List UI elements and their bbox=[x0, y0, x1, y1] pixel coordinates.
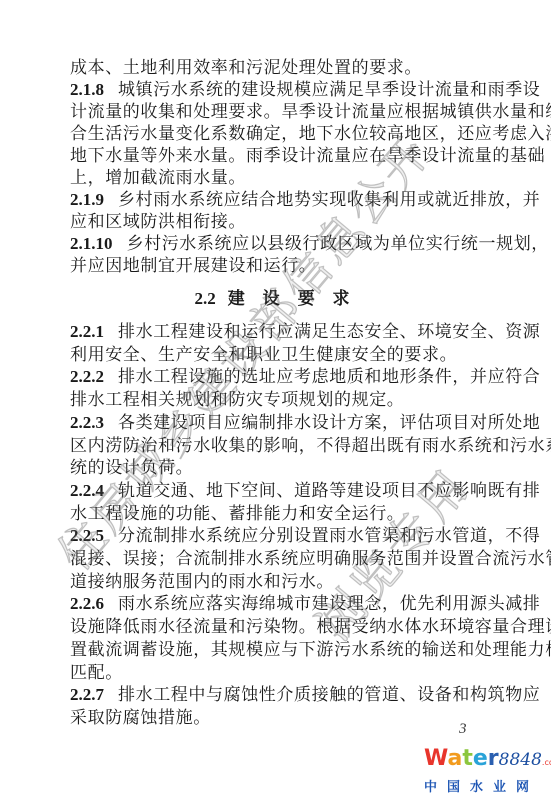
text-line: 合生活污水量变化系数确定，地下水位较高地区，还应考虑入渗 bbox=[70, 123, 480, 145]
clause-2-1-8: 2.1.8城镇污水系统的建设规模应满足旱季设计流量和雨季设 bbox=[70, 79, 480, 101]
section-number: 2.2 bbox=[194, 289, 215, 308]
line-text: 成本、土地利用效率和污泥处理处置的要求。 bbox=[70, 58, 422, 78]
line-text: 合生活污水量变化系数确定，地下水位较高地区，还应考虑入渗 bbox=[70, 124, 551, 144]
text-line: 应和区域防洪相衔接。 bbox=[70, 211, 480, 233]
text-line: 统的设计负荷。 bbox=[70, 457, 480, 479]
text-line: 道接纳服务范围内的雨水和污水。 bbox=[70, 571, 480, 593]
logo-domain: .com bbox=[542, 758, 551, 767]
line-text: 乡村雨水系统应结合地势实现收集利用或就近排放，并 bbox=[118, 190, 540, 210]
line-text: 并应因地制宜开展建设和运行。 bbox=[70, 256, 316, 276]
clause-number: 2.1.10 bbox=[70, 234, 113, 253]
clause-number: 2.2.2 bbox=[70, 367, 104, 386]
clause-2-2-7: 2.2.7排水工程中与腐蚀性介质接触的管道、设备和构筑物应 bbox=[70, 684, 480, 706]
line-text: 雨水系统应落实海绵城市建设理念，优先利用源头减排 bbox=[118, 594, 540, 614]
text-line: 置截流调蓄设施，其规模应与下游污水系统的输送和处理能力相 bbox=[70, 639, 480, 661]
line-text: 乡村污水系统应以县级行政区域为单位实行统一规划， bbox=[127, 234, 549, 254]
text-line: 混接、误接；合流制排水系统应明确服务范围并设置合流污水管 bbox=[70, 548, 480, 570]
clause-number: 2.2.3 bbox=[70, 413, 104, 432]
text-line: 并应因地制宜开展建设和运行。 bbox=[70, 255, 480, 277]
clause-number: 2.2.7 bbox=[70, 685, 104, 704]
logo-letter: t bbox=[462, 746, 473, 771]
text-line: 排水工程相关规划和防灾专项规划的规定。 bbox=[70, 389, 480, 411]
text-line: 设施降低雨水径流量和污染物。根据受纳水体水环境容量合理设 bbox=[70, 616, 480, 638]
document-page: 成本、土地利用效率和污泥处理处置的要求。 2.1.8城镇污水系统的建设规模应满足… bbox=[0, 0, 551, 798]
line-text: 地下水量等外来水量。雨季设计流量应在旱季设计流量的基础 bbox=[70, 146, 545, 166]
clause-number: 2.1.9 bbox=[70, 190, 104, 209]
line-text: 混接、误接；合流制排水系统应明确服务范围并设置合流污水管 bbox=[70, 549, 551, 569]
line-text: 采取防腐蚀措施。 bbox=[70, 708, 211, 728]
line-text: 道接纳服务范围内的雨水和污水。 bbox=[70, 572, 334, 592]
logo-digits: 8848 bbox=[499, 750, 542, 770]
text-line: 计流量的收集和处理要求。旱季设计流量应根据城镇供水量和综 bbox=[70, 101, 480, 123]
text-line: 上，增加截流雨水量。 bbox=[70, 167, 480, 189]
logo-wordmark: Water8848.com bbox=[424, 748, 544, 774]
logo-letter: e bbox=[473, 746, 488, 771]
clause-number: 2.1.8 bbox=[70, 80, 104, 99]
line-text: 计流量的收集和处理要求。旱季设计流量应根据城镇供水量和综 bbox=[70, 102, 551, 122]
logo-letter: a bbox=[447, 746, 462, 771]
line-text: 统的设计负荷。 bbox=[70, 458, 193, 478]
water8848-logo: Water8848.com 中国水业网 bbox=[424, 748, 544, 795]
clause-number: 2.2.5 bbox=[70, 526, 104, 545]
text-line: 利用安全、生产安全和职业卫生健康安全的要求。 bbox=[70, 344, 480, 366]
clause-number: 2.2.4 bbox=[70, 481, 104, 500]
clause-number: 2.2.1 bbox=[70, 322, 104, 341]
clause-number: 2.2.6 bbox=[70, 594, 104, 613]
logo-letter: W bbox=[424, 746, 447, 771]
clause-2-2-3: 2.2.3各类建设项目应编制排水设计方案，评估项目对所处地 bbox=[70, 412, 480, 434]
clause-2-2-6: 2.2.6雨水系统应落实海绵城市建设理念，优先利用源头减排 bbox=[70, 593, 480, 615]
text-line: 水工程设施的功能、蓄排能力和安全运行。 bbox=[70, 503, 480, 525]
line-text: 上，增加截流雨水量。 bbox=[70, 168, 246, 188]
clause-2-2-1: 2.2.1排水工程建设和运行应满足生态安全、环境安全、资源 bbox=[70, 321, 480, 343]
line-text: 分流制排水系统应分别设置雨水管渠和污水管道，不得 bbox=[118, 526, 540, 546]
logo-subtitle: 中国水业网 bbox=[424, 776, 544, 795]
line-text: 城镇污水系统的建设规模应满足旱季设计流量和雨季设 bbox=[118, 80, 540, 100]
line-text: 置截流调蓄设施，其规模应与下游污水系统的输送和处理能力相 bbox=[70, 640, 551, 660]
clause-2-1-9: 2.1.9乡村雨水系统应结合地势实现收集利用或就近排放，并 bbox=[70, 189, 480, 211]
text-line: 成本、土地利用效率和污泥处理处置的要求。 bbox=[70, 57, 480, 79]
line-text: 排水工程中与腐蚀性介质接触的管道、设备和构筑物应 bbox=[118, 685, 540, 705]
section-title: 建 设 要 求 bbox=[228, 289, 356, 309]
line-text: 区内涝防治和污水收集的影响，不得超出既有雨水系统和污水系 bbox=[70, 436, 551, 456]
line-text: 应和区域防洪相衔接。 bbox=[70, 212, 246, 232]
text-line: 区内涝防治和污水收集的影响，不得超出既有雨水系统和污水系 bbox=[70, 435, 480, 457]
text-line: 地下水量等外来水量。雨季设计流量应在旱季设计流量的基础 bbox=[70, 145, 480, 167]
line-text: 排水工程建设和运行应满足生态安全、环境安全、资源 bbox=[118, 322, 540, 342]
line-text: 利用安全、生产安全和职业卫生健康安全的要求。 bbox=[70, 345, 457, 365]
clause-2-2-2: 2.2.2排水工程设施的选址应考虑地质和地形条件，并应符合 bbox=[70, 366, 480, 388]
line-text: 匹配。 bbox=[70, 663, 123, 683]
text-line: 匹配。 bbox=[70, 662, 480, 684]
line-text: 排水工程设施的选址应考虑地质和地形条件，并应符合 bbox=[118, 367, 540, 387]
clause-2-2-5: 2.2.5分流制排水系统应分别设置雨水管渠和污水管道，不得 bbox=[70, 525, 480, 547]
clause-2-2-4: 2.2.4轨道交通、地下空间、道路等建设项目不应影响既有排 bbox=[70, 480, 480, 502]
line-text: 水工程设施的功能、蓄排能力和安全运行。 bbox=[70, 504, 404, 524]
logo-letter: r bbox=[488, 746, 499, 771]
page-number: 3 bbox=[459, 721, 467, 738]
text-line: 采取防腐蚀措施。 bbox=[70, 707, 480, 729]
line-text: 轨道交通、地下空间、道路等建设项目不应影响既有排 bbox=[118, 481, 540, 501]
line-text: 设施降低雨水径流量和污染物。根据受纳水体水环境容量合理设 bbox=[70, 617, 551, 637]
line-text: 各类建设项目应编制排水设计方案，评估项目对所处地 bbox=[118, 413, 540, 433]
section-heading: 2.2建 设 要 求 bbox=[70, 288, 480, 310]
clause-2-1-10: 2.1.10乡村污水系统应以县级行政区域为单位实行统一规划， bbox=[70, 233, 480, 255]
line-text: 排水工程相关规划和防灾专项规划的规定。 bbox=[70, 390, 404, 410]
